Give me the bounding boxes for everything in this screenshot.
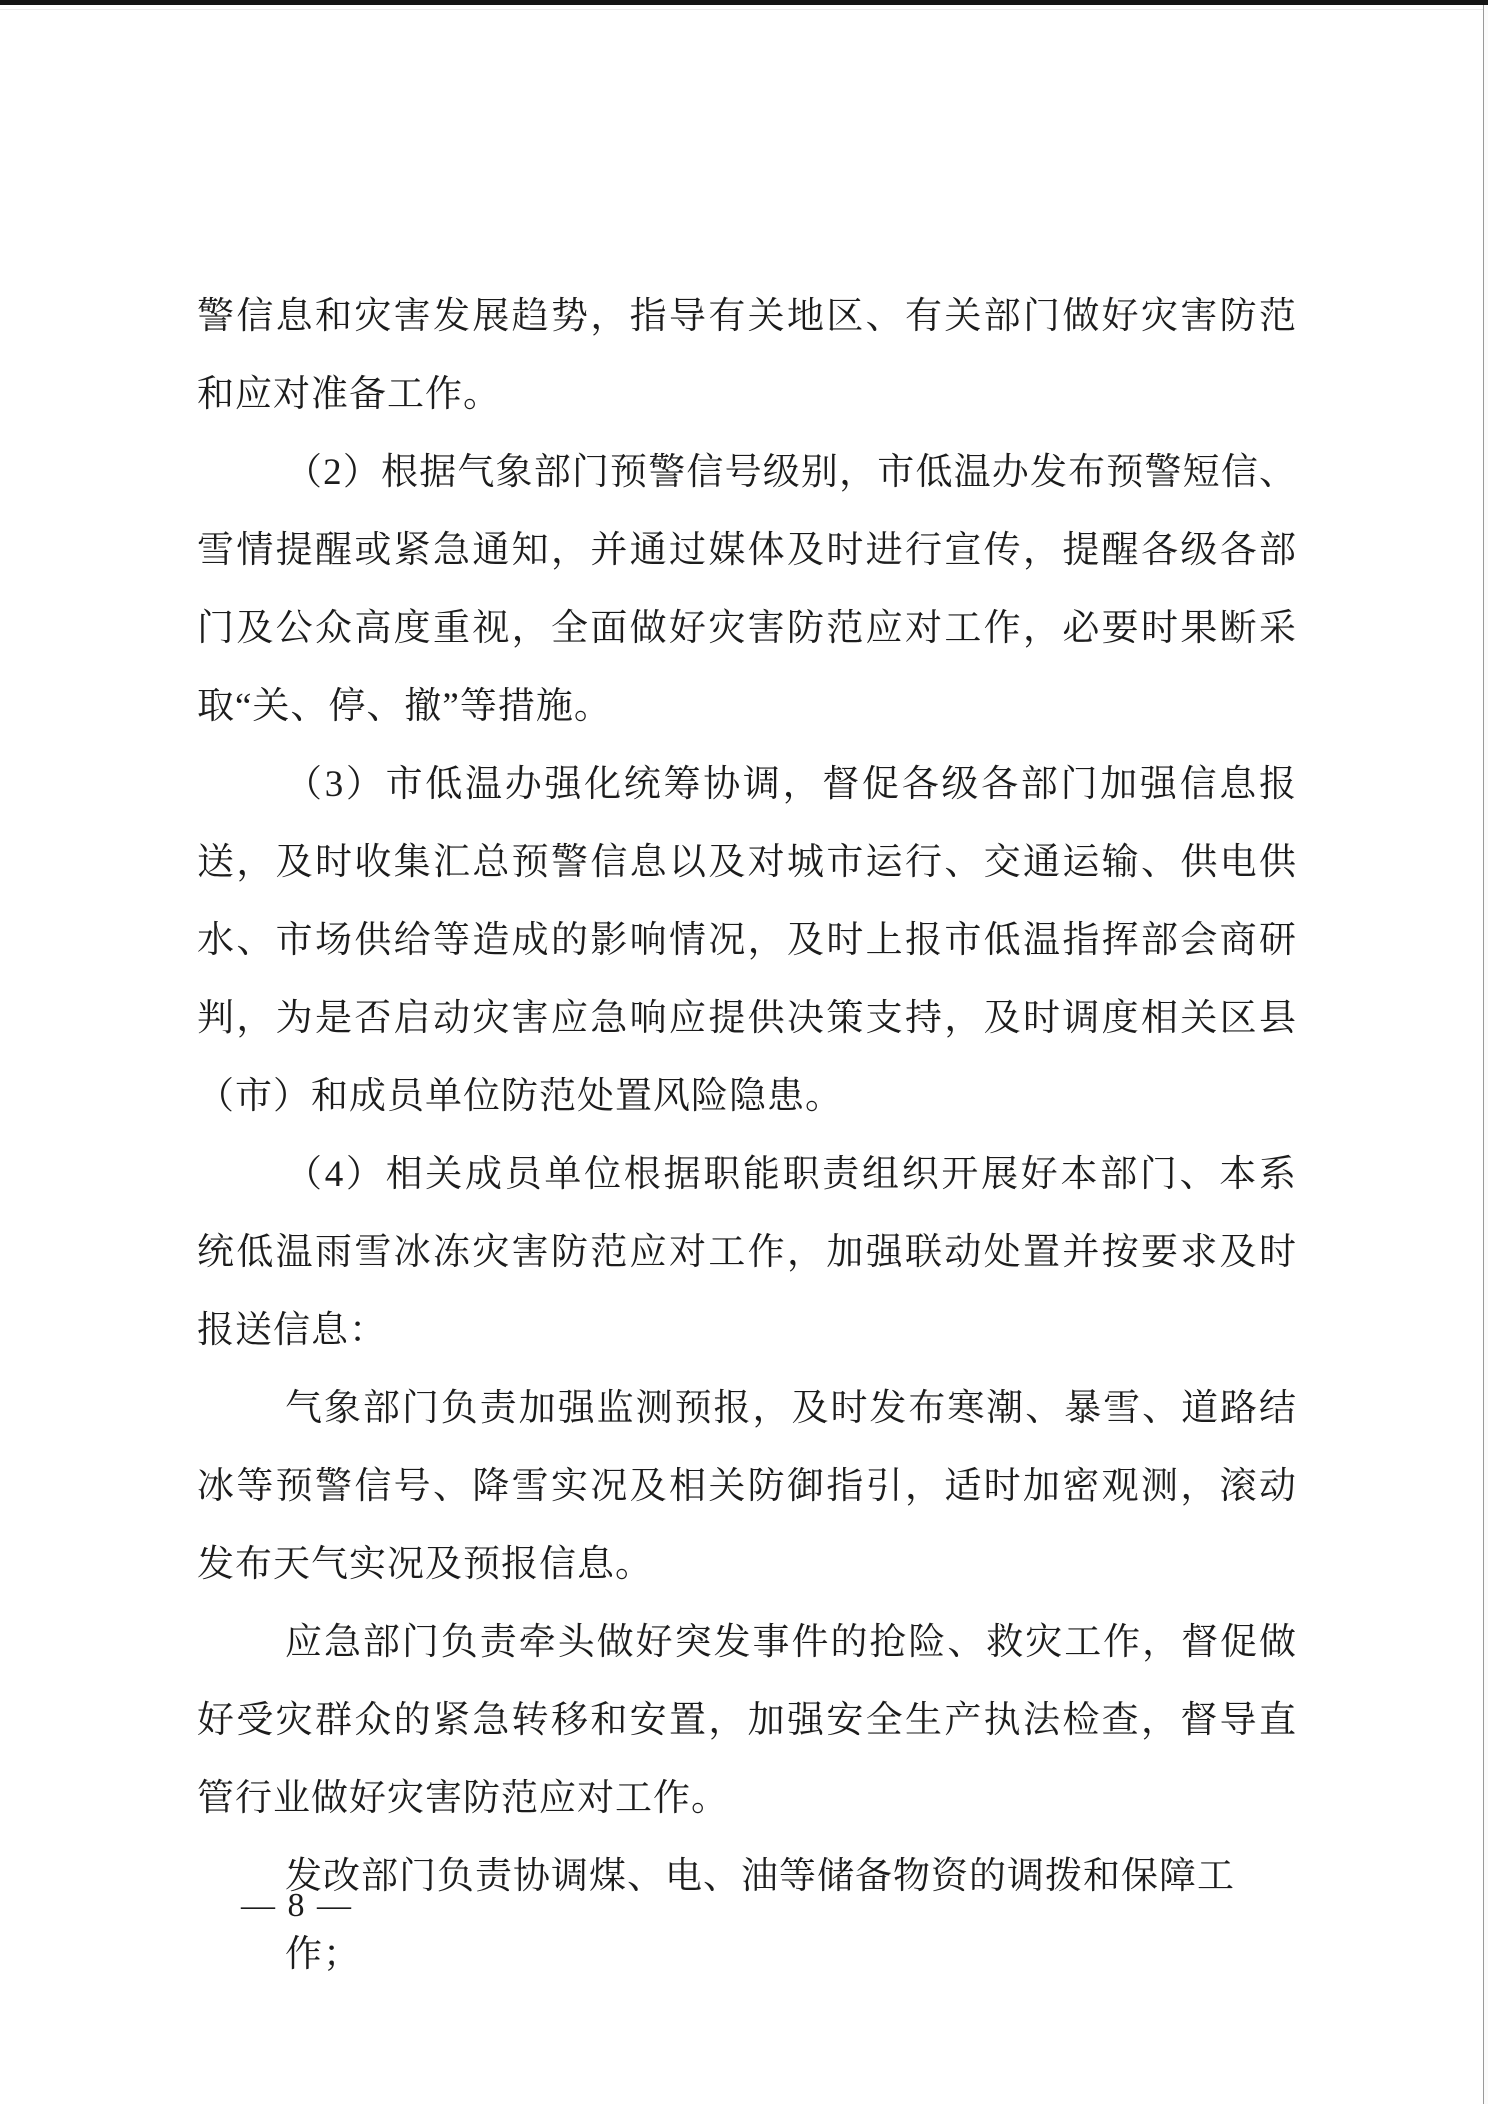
page-top-border: [0, 0, 1488, 5]
body-line: 应急部门负责牵头做好突发事件的抢险、救灾工作，督促做: [197, 1604, 1297, 1682]
body-line: 判，为是否启动灾害应急响应提供决策支持，及时调度相关区县: [197, 980, 1297, 1058]
body-line: （3）市低温办强化统筹协调，督促各级各部门加强信息报: [197, 746, 1297, 824]
body-line: （4）相关成员单位根据职能职责组织开展好本部门、本系: [197, 1136, 1297, 1214]
body-line: 水、市场供给等造成的影响情况，及时上报市低温指挥部会商研: [197, 902, 1297, 980]
body-line: 好受灾群众的紧急转移和安置，加强安全生产执法检查，督导直: [197, 1682, 1297, 1760]
body-line: 门及公众高度重视，全面做好灾害防范应对工作，必要时果断采: [197, 590, 1297, 668]
body-line: 报送信息：: [197, 1292, 1297, 1370]
page-right-border: [1483, 5, 1484, 2104]
body-line: 管行业做好灾害防范应对工作。: [197, 1760, 1297, 1838]
body-line: 雪情提醒或紧急通知，并通过媒体及时进行宣传，提醒各级各部: [197, 512, 1297, 590]
body-line: 取“关、停、撤”等措施。: [197, 668, 1297, 746]
body-line: 统低温雨雪冰冻灾害防范应对工作，加强联动处置并按要求及时: [197, 1214, 1297, 1292]
page-top-faint-line: [0, 9, 1488, 10]
page-number: — 8 —: [197, 1887, 397, 1925]
body-line: 和应对准备工作。: [197, 356, 1297, 434]
body-line: 警信息和灾害发展趋势，指导有关地区、有关部门做好灾害防范: [197, 278, 1297, 356]
body-line: 发布天气实况及预报信息。: [197, 1526, 1297, 1604]
body-line: 送，及时收集汇总预警信息以及对城市运行、交通运输、供电供: [197, 824, 1297, 902]
document-page: 警信息和灾害发展趋势，指导有关地区、有关部门做好灾害防范和应对准备工作。（2）根…: [0, 0, 1488, 2104]
document-body: 警信息和灾害发展趋势，指导有关地区、有关部门做好灾害防范和应对准备工作。（2）根…: [197, 278, 1297, 1916]
body-line: 冰等预警信号、降雪实况及相关防御指引，适时加密观测，滚动: [197, 1448, 1297, 1526]
body-line: 气象部门负责加强监测预报，及时发布寒潮、暴雪、道路结: [197, 1370, 1297, 1448]
body-line: （市）和成员单位防范处置风险隐患。: [197, 1058, 1297, 1136]
page-right-strip: [1484, 5, 1488, 2104]
body-line: （2）根据气象部门预警信号级别，市低温办发布预警短信、: [197, 434, 1297, 512]
